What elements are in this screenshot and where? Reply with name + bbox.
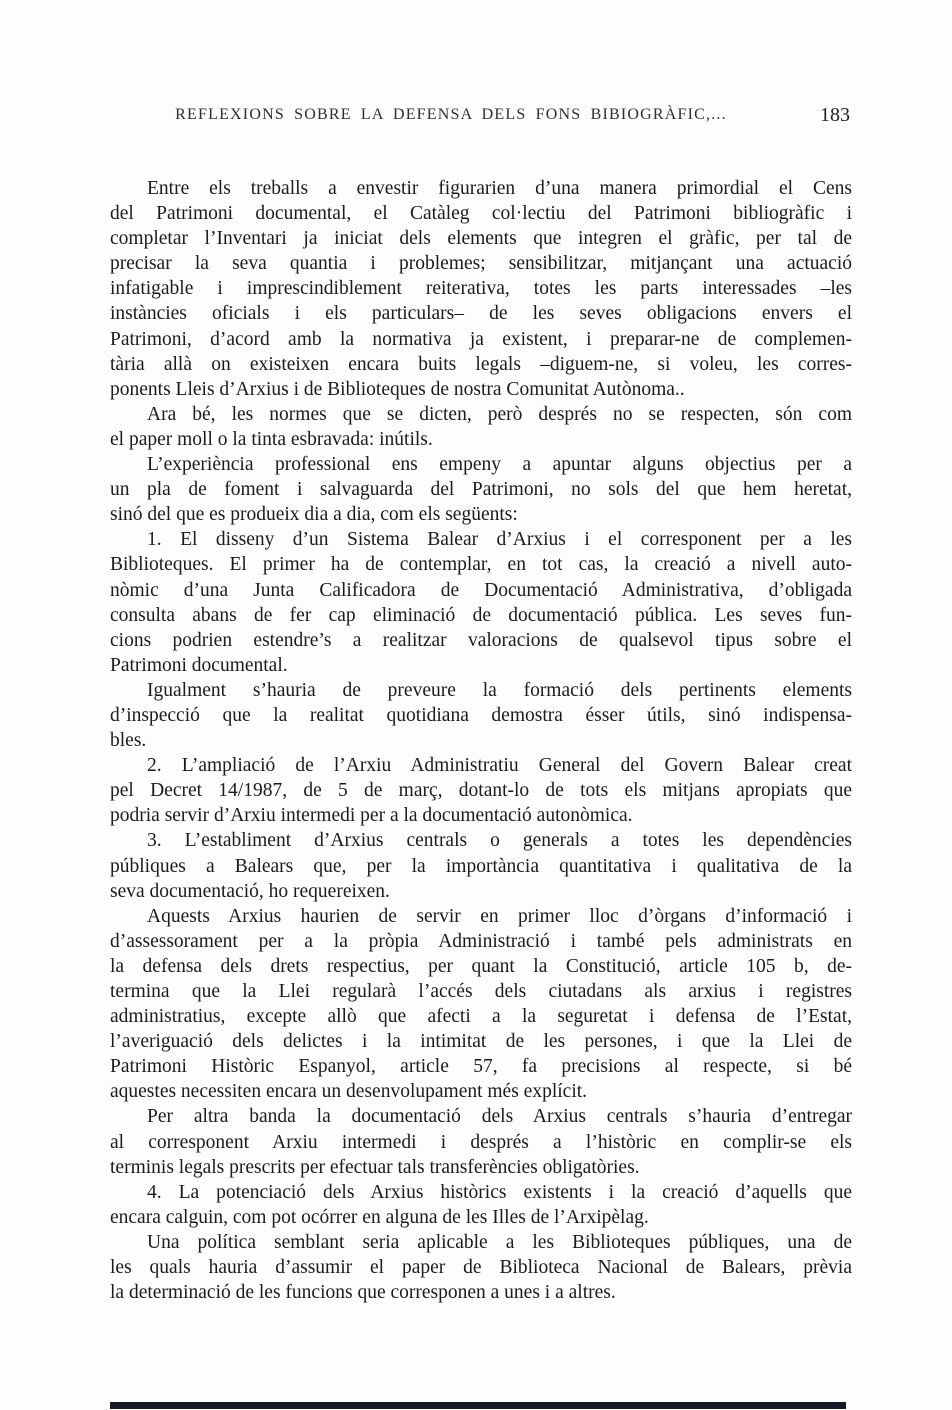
text-line: les quals hauria d’assumir el paper de B… <box>110 1255 852 1280</box>
paragraph: Ara bé, les normes que se dicten, però d… <box>110 402 852 452</box>
text-line: encara calguin, com pot ocórrer en algun… <box>110 1205 852 1230</box>
text-line: precisar la seva quantia i problemes; se… <box>110 251 852 276</box>
text-line: L’experiència professional ens empeny a … <box>110 452 852 477</box>
paragraph: Una política semblant seria aplicable a … <box>110 1230 852 1305</box>
text-line: administratius, excepte allò que afecti … <box>110 1004 852 1029</box>
text-line: Una política semblant seria aplicable a … <box>110 1230 852 1255</box>
text-line: al corresponent Arxiu intermedi i despré… <box>110 1130 852 1155</box>
running-title: REFLEXIONS SOBRE LA DEFENSA DELS FONS BI… <box>110 103 792 127</box>
text-line: Entre els treballs a envestir figurarien… <box>110 176 852 201</box>
page-header: REFLEXIONS SOBRE LA DEFENSA DELS FONS BI… <box>110 103 852 129</box>
text-line: l’averiguació dels delictes i la intimit… <box>110 1029 852 1054</box>
paragraph: 1. El disseny d’un Sistema Balear d’Arxi… <box>110 527 852 678</box>
text-line: bles. <box>110 728 852 753</box>
text-line: Patrimoni documental. <box>110 653 852 678</box>
paragraph: Aquests Arxius haurien de servir en prim… <box>110 904 852 1105</box>
text-line: Aquests Arxius haurien de servir en prim… <box>110 904 852 929</box>
text-line: instàncies oficials i els particulars– d… <box>110 301 852 326</box>
text-line: podria servir d’Arxiu intermedi per a la… <box>110 803 852 828</box>
text-line: 3. L’establiment d’Arxius centrals o gen… <box>110 828 852 853</box>
text-line: sinó del que es produeix dia a dia, com … <box>110 502 852 527</box>
text-line: aquestes necessiten encara un desenvolup… <box>110 1079 852 1104</box>
paragraph: 4. La potenciació dels Arxius històrics … <box>110 1180 852 1230</box>
text-line: Patrimoni, d’acord amb la normativa ja e… <box>110 327 852 352</box>
text-line: 1. El disseny d’un Sistema Balear d’Arxi… <box>110 527 852 552</box>
text-line: la defensa dels drets respectius, per qu… <box>110 954 852 979</box>
text-line: públiques a Balears que, per la importàn… <box>110 854 852 879</box>
text-line: d’assessorament per a la pròpia Administ… <box>110 929 852 954</box>
text-line: ponents Lleis d’Arxius i de Biblioteques… <box>110 377 852 402</box>
text-line: tària allà on existeixen encara buits le… <box>110 352 852 377</box>
text-line: pel Decret 14/1987, de 5 de març, dotant… <box>110 778 852 803</box>
page-number: 183 <box>820 103 850 127</box>
text-line: del Patrimoni documental, el Catàleg col… <box>110 201 852 226</box>
paragraph: L’experiència professional ens empeny a … <box>110 452 852 527</box>
text-line: infatigable i imprescindiblement reitera… <box>110 276 852 301</box>
paragraph: Igualment s’hauria de preveure la formac… <box>110 678 852 753</box>
paragraph: 3. L’establiment d’Arxius centrals o gen… <box>110 828 852 903</box>
paragraph: Per altra banda la documentació dels Arx… <box>110 1104 852 1179</box>
scan-edge-artifact <box>110 1402 846 1409</box>
text-line: 2. L’ampliació de l’Arxiu Administratiu … <box>110 753 852 778</box>
text-line: Patrimoni Històric Espanyol, article 57,… <box>110 1054 852 1079</box>
paragraph: 2. L’ampliació de l’Arxiu Administratiu … <box>110 753 852 828</box>
text-line: completar l’Inventari ja iniciat dels el… <box>110 226 852 251</box>
text-line: el paper moll o la tinta esbravada: inút… <box>110 427 852 452</box>
text-line: consulta abans de fer cap eliminació de … <box>110 603 852 628</box>
text-line: la determinació de les funcions que corr… <box>110 1280 852 1305</box>
text-line: Biblioteques. El primer ha de contemplar… <box>110 552 852 577</box>
text-line: d’inspecció que la realitat quotidiana d… <box>110 703 852 728</box>
document-page: REFLEXIONS SOBRE LA DEFENSA DELS FONS BI… <box>0 0 952 1410</box>
text-line: Per altra banda la documentació dels Arx… <box>110 1104 852 1129</box>
text-line: un pla de foment i salvaguarda del Patri… <box>110 477 852 502</box>
body-text: Entre els treballs a envestir figurarien… <box>110 176 852 1305</box>
paragraph: Entre els treballs a envestir figurarien… <box>110 176 852 402</box>
text-line: cions podrien estendre’s a realitzar val… <box>110 628 852 653</box>
text-line: 4. La potenciació dels Arxius històrics … <box>110 1180 852 1205</box>
text-line: terminis legals prescrits per efectuar t… <box>110 1155 852 1180</box>
text-line: Igualment s’hauria de preveure la formac… <box>110 678 852 703</box>
text-line: seva documentació, ho requereixen. <box>110 879 852 904</box>
text-line: termina que la Llei regularà l’accés del… <box>110 979 852 1004</box>
text-line: Ara bé, les normes que se dicten, però d… <box>110 402 852 427</box>
text-line: nòmic d’una Junta Calificadora de Docume… <box>110 578 852 603</box>
